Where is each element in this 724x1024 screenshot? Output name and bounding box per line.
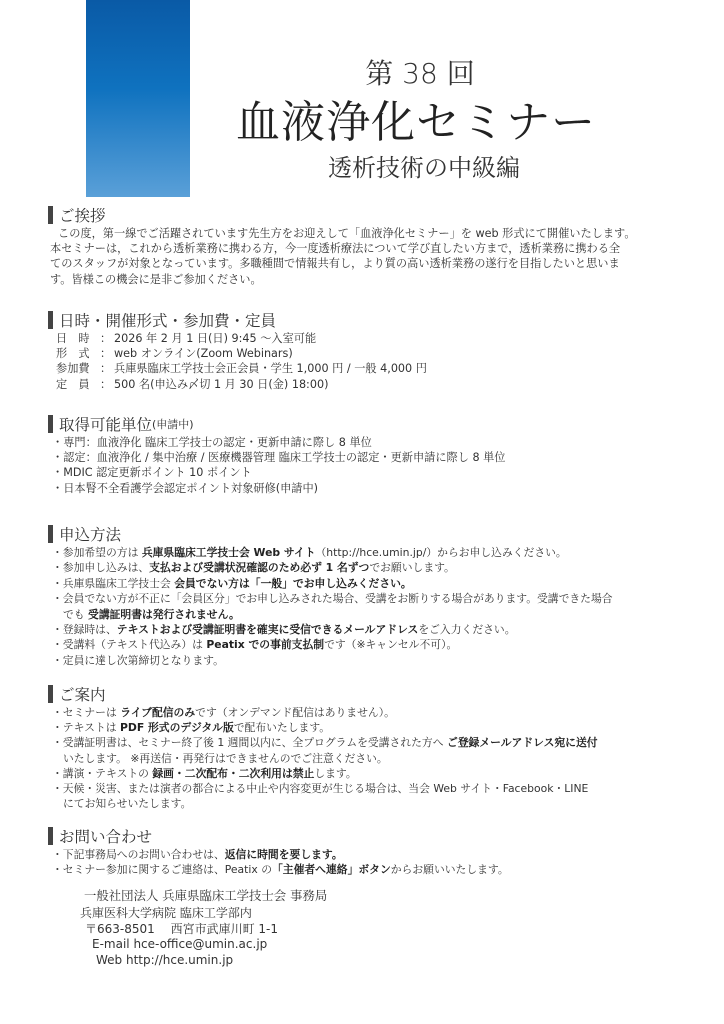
item-emphasis: PDF 形式のデジタル版: [120, 721, 234, 734]
item-text: ・登録時は、: [52, 623, 117, 636]
list-item: ・天候・災害、または演者の都合による中止や内容変更が生じる場合は、当会 Web …: [52, 781, 716, 796]
item-text: ・天候・災害、または演者の都合による中止や内容変更が生じる場合は、当会 Web …: [52, 782, 588, 795]
heading-text: お問い合わせ: [59, 825, 152, 847]
blue-accent-bar: [86, 0, 190, 197]
item-text: いたします。 ※再送信・再発行はできませんのでご注意ください。: [63, 752, 388, 765]
item-text: です（オンデマンド配信はありません）。: [195, 706, 395, 719]
list-item-continuation: いたします。 ※再送信・再発行はできませんのでご注意ください。: [52, 751, 716, 766]
section-heading: お問い合わせ: [48, 826, 716, 846]
heading-marker: [48, 525, 53, 543]
item-emphasis: 受講証明書は発行されません。: [88, 608, 240, 621]
heading-text: ご挨拶: [59, 204, 106, 226]
heading-marker: [48, 685, 53, 703]
list-item: ・セミナー参加に関するご連絡は、Peatix の「主催者へ連絡」ボタンからお願い…: [52, 862, 716, 877]
list-item: ・参加希望の方は 兵庫県臨床工学技士会 Web サイト（http://hce.u…: [52, 545, 716, 560]
schedule-body: 日 時：2026 年 2 月 1 日(日) 9:45 ～入室可能 形 式：web…: [48, 331, 716, 392]
item-text: でお願いします。: [369, 561, 455, 574]
guide-list: ・セミナーは ライブ配信のみです（オンデマンド配信はありません）。 ・テキストは…: [48, 705, 716, 811]
page-subtitle: 透析技術の中級編: [328, 148, 520, 183]
row-sep: ：: [100, 331, 114, 346]
row-value: 兵庫県臨床工学技士会正会員・学生 1,000 円 / 一般 4,000 円: [114, 361, 427, 376]
list-item: ・セミナーは ライブ配信のみです（オンデマンド配信はありません）。: [52, 705, 716, 720]
item-text: からお願いいたします。: [391, 863, 509, 876]
item-text: です（※キャンセル不可）。: [324, 638, 457, 651]
office-address: 兵庫医科大学病院 臨床工学部内 〒663-8501 西宮市武庫川町 1-1 E-…: [80, 906, 278, 968]
list-item: ・専門：血液浄化 臨床工学技士の認定・更新申請に際し 8 単位: [52, 435, 716, 450]
greeting-line: 本セミナーは，これから透析業務に携わる方，今一度透析療法について学び直したい方ま…: [50, 241, 716, 256]
section-credits: 取得可能単位(申請中) ・専門：血液浄化 臨床工学技士の認定・更新申請に際し 8…: [48, 414, 716, 496]
row-key: 日 時: [56, 331, 100, 346]
list-item: ・定員に達し次第締切となります。: [52, 653, 716, 668]
office-name: 一般社団法人 兵庫県臨床工学技士会 事務局: [84, 887, 327, 904]
list-item: ・受講料（テキスト代込み）は Peatix での事前支払制です（※キャンセル不可…: [52, 637, 716, 652]
credits-list: ・専門：血液浄化 臨床工学技士の認定・更新申請に際し 8 単位 ・認定：血液浄化…: [48, 435, 716, 496]
item-emphasis: ライブ配信のみ: [120, 706, 195, 719]
item-text: ・テキストは: [52, 721, 120, 734]
list-item-continuation: でも 受講証明書は発行されません。: [52, 607, 716, 622]
list-item-continuation: にてお知らせいたします。: [52, 796, 716, 811]
section-contact: お問い合わせ ・下記事務局へのお問い合わせは、返信に時間を要します。 ・セミナー…: [48, 826, 716, 877]
row-key: 定 員: [56, 377, 100, 392]
schedule-row-format: 形 式：web オンライン(Zoom Webinars): [56, 346, 716, 361]
section-heading: ご挨拶: [48, 205, 716, 225]
list-item: ・登録時は、テキストおよび受講証明書を確実に受信できるメールアドレスをご入力くだ…: [52, 622, 716, 637]
item-text: ・会員でない方が不正に「会員区分」でお申し込みされた場合、受講をお断りする場合が…: [52, 592, 613, 605]
list-item: ・MDIC 認定更新ポイント 10 ポイント: [52, 465, 716, 480]
list-item: ・認定：血液浄化 / 集中治療 / 医療機器管理 臨床工学技士の認定・更新申請に…: [52, 450, 716, 465]
section-schedule: 日時・開催形式・参加費・定員 日 時：2026 年 2 月 1 日(日) 9:4…: [48, 310, 716, 392]
list-item: ・会員でない方が不正に「会員区分」でお申し込みされた場合、受講をお断りする場合が…: [52, 591, 716, 606]
list-item: ・講演・テキストの 録画・二次配布・二次利用は禁止します。: [52, 766, 716, 781]
item-emphasis: テキストおよび受講証明書を確実に受信できるメールアドレス: [117, 623, 419, 636]
item-text: にてお知らせいたします。: [63, 797, 191, 810]
greeting-line: す。皆様この機会に是非ご参加ください。: [50, 272, 716, 287]
item-emphasis: 会員でない方は「一般」でお申し込みください。: [174, 577, 412, 590]
item-text: ・講演・テキストの: [52, 767, 152, 780]
row-key: 参加費: [56, 361, 100, 376]
contact-list: ・下記事務局へのお問い合わせは、返信に時間を要します。 ・セミナー参加に関するご…: [48, 847, 716, 877]
row-sep: ：: [100, 361, 114, 376]
item-text: をご入力ください。: [418, 623, 515, 636]
item-emphasis: Peatix での事前支払制: [206, 638, 324, 651]
section-heading: 取得可能単位(申請中): [48, 414, 716, 434]
item-text: ・参加希望の方は: [52, 546, 142, 559]
application-list: ・参加希望の方は 兵庫県臨床工学技士会 Web サイト（http://hce.u…: [48, 545, 716, 668]
item-text: ・参加申し込みは、: [52, 561, 149, 574]
heading-marker: [48, 311, 53, 329]
heading-marker: [48, 206, 53, 224]
item-emphasis: ご登録メールアドレス宛に送付: [447, 736, 598, 749]
heading-text: 日時・開催形式・参加費・定員: [59, 309, 276, 331]
item-emphasis: 支払および受講状況確認のため必ず 1 名ずつ: [149, 561, 369, 574]
item-text: で配布いたします。: [234, 721, 330, 734]
item-text: ・定員に達し次第締切となります。: [52, 654, 224, 667]
item-text: ・セミナー参加に関するご連絡は、Peatix の: [52, 863, 272, 876]
row-sep: ：: [100, 377, 114, 392]
heading-note: (申請中): [152, 416, 194, 432]
item-text: （http://hce.umin.jp/）からお申し込みください。: [316, 546, 567, 559]
section-greeting: ご挨拶 この度，第一線でご活躍されています先生方をお迎えして「血液浄化セミナー」…: [48, 205, 716, 287]
email-link[interactable]: E-mail hce-office@umin.ac.jp: [80, 937, 278, 953]
item-emphasis: 兵庫県臨床工学技士会 Web サイト: [142, 546, 316, 559]
postal-line: 〒663-8501 西宮市武庫川町 1-1: [80, 922, 278, 938]
title-block: 第 38 回 血液浄化セミナー 透析技術の中級編: [200, 0, 700, 197]
address-line: 兵庫医科大学病院 臨床工学部内: [80, 906, 278, 922]
section-heading: 申込方法: [48, 524, 716, 544]
item-emphasis: 録画・二次配布・二次利用は禁止: [152, 767, 314, 780]
item-text: ・受講料（テキスト代込み）は: [52, 638, 206, 651]
page-title: 血液浄化セミナー: [236, 86, 626, 150]
row-value: 500 名(申込み〆切 1 月 30 日(金) 18:00): [114, 377, 328, 392]
heading-text: 申込方法: [59, 523, 121, 545]
heading-text: ご案内: [59, 683, 106, 705]
website-link[interactable]: Web http://hce.umin.jp: [80, 953, 278, 969]
schedule-row-capacity: 定 員：500 名(申込み〆切 1 月 30 日(金) 18:00): [56, 377, 716, 392]
item-emphasis: 返信に時間を要します。: [225, 848, 343, 861]
section-heading: ご案内: [48, 684, 716, 704]
section-application: 申込方法 ・参加希望の方は 兵庫県臨床工学技士会 Web サイト（http://…: [48, 524, 716, 668]
row-sep: ：: [100, 346, 114, 361]
list-item: ・テキストは PDF 形式のデジタル版で配布いたします。: [52, 720, 716, 735]
heading-text: 取得可能単位: [59, 413, 152, 435]
item-text: ・兵庫県臨床工学技士会: [52, 577, 174, 590]
row-key: 形 式: [56, 346, 100, 361]
row-value: 2026 年 2 月 1 日(日) 9:45 ～入室可能: [114, 331, 316, 346]
item-emphasis: 「主催者へ連絡」ボタン: [272, 863, 391, 876]
list-item: ・下記事務局へのお問い合わせは、返信に時間を要します。: [52, 847, 716, 862]
list-item: ・参加申し込みは、支払および受講状況確認のため必ず 1 名ずつでお願いします。: [52, 560, 716, 575]
heading-marker: [48, 827, 53, 845]
list-item: ・兵庫県臨床工学技士会 会員でない方は「一般」でお申し込みください。: [52, 576, 716, 591]
list-item: ・受講証明書は、セミナー終了後 1 週間以内に、全プログラムを受講された方へ ご…: [52, 735, 716, 750]
item-text: ・受講証明書は、セミナー終了後 1 週間以内に、全プログラムを受講された方へ: [52, 736, 447, 749]
heading-marker: [48, 415, 53, 433]
row-value: web オンライン(Zoom Webinars): [114, 346, 293, 361]
item-text: ・セミナーは: [52, 706, 120, 719]
greeting-body: この度，第一線でご活躍されています先生方をお迎えして「血液浄化セミナー」を we…: [48, 226, 716, 287]
list-item: ・日本腎不全看護学会認定ポイント対象研修(申請中): [52, 481, 716, 496]
item-text: でも: [63, 608, 88, 621]
item-text: ・下記事務局へのお問い合わせは、: [52, 848, 225, 861]
greeting-line: この度，第一線でご活躍されています先生方をお迎えして「血液浄化セミナー」を we…: [50, 226, 716, 241]
greeting-line: てのスタッフが対象となっています。多職種間で情報共有し，より質の高い透析業務の遂…: [50, 256, 716, 271]
section-guide: ご案内 ・セミナーは ライブ配信のみです（オンデマンド配信はありません）。 ・テ…: [48, 684, 716, 811]
schedule-row-fee: 参加費：兵庫県臨床工学技士会正会員・学生 1,000 円 / 一般 4,000 …: [56, 361, 716, 376]
schedule-row-date: 日 時：2026 年 2 月 1 日(日) 9:45 ～入室可能: [56, 331, 716, 346]
item-text: します。: [314, 767, 356, 780]
section-heading: 日時・開催形式・参加費・定員: [48, 310, 716, 330]
